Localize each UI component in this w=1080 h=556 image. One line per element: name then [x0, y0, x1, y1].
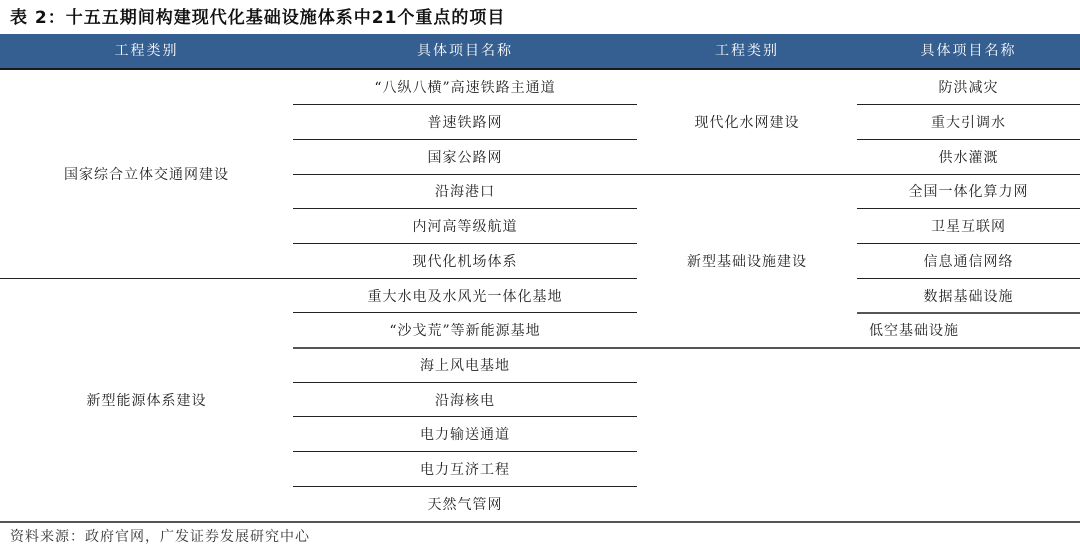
table-cell-item: 重大引调水: [857, 105, 1080, 140]
table-cell-item: 沿海核电: [293, 382, 637, 417]
category-energy: 新型能源体系建设: [0, 278, 293, 521]
table-cell-item: 供水灌溉: [857, 139, 1080, 174]
source-note: 资料来源：政府官网，广发证券发展研究中心: [10, 526, 310, 546]
category-water: 现代化水网建设: [637, 70, 857, 174]
category-transport: 国家综合立体交通网建设: [0, 70, 293, 278]
table-bottom-rule: [0, 521, 1080, 523]
row-divider: [293, 174, 637, 175]
row-divider: [293, 451, 637, 452]
row-divider: [857, 104, 1080, 105]
row-divider: [857, 139, 1080, 140]
table-cell-item: 国家公路网: [293, 139, 637, 174]
table-cell-item: 内河高等级航道: [293, 209, 637, 244]
table-cell-item: 电力互济工程: [293, 452, 637, 487]
table-cell-item: 海上风电基地: [293, 348, 637, 383]
row-divider: [857, 278, 1080, 279]
section-divider: [0, 278, 637, 279]
row-divider: [293, 139, 637, 140]
table-cell-item: 普速铁路网: [293, 105, 637, 140]
table-bottom-right: [637, 347, 1080, 349]
header-items-left: 具体项目名称: [293, 34, 637, 68]
row-divider: [293, 382, 637, 383]
row-divider: [293, 312, 637, 313]
header-items-right: 具体项目名称: [857, 34, 1080, 68]
table-cell-item: 现代化机场体系: [293, 244, 637, 279]
table-cell-item: 信息通信网络: [857, 244, 1080, 279]
category-new-infra: 新型基础设施建设: [637, 174, 857, 348]
table-header: 工程类别 具体项目名称 工程类别 具体项目名称: [0, 34, 1080, 70]
table-cell-item: 数据基础设施: [857, 278, 1080, 313]
row-divider: [857, 208, 1080, 209]
row-divider: [293, 243, 637, 244]
row-divider: [857, 312, 1080, 314]
header-category-left: 工程类别: [0, 34, 293, 68]
table-cell-item: 沿海港口: [293, 174, 637, 209]
table-cell-item: 天然气管网: [293, 486, 637, 521]
table-cell-item: 重大水电及水风光一体化基地: [293, 278, 637, 313]
table-cell-item: 全国一体化算力网: [857, 174, 1080, 209]
table-cell-item: 低空基础设施: [857, 313, 1080, 348]
section-divider: [637, 174, 1080, 175]
row-divider: [293, 104, 637, 105]
table-cell-item: 电力输送通道: [293, 417, 637, 452]
row-divider: [293, 416, 637, 417]
table-cell-item: 防洪减灾: [857, 70, 1080, 105]
table-title: 表 2：十五五期间构建现代化基础设施体系中21个重点的项目: [10, 5, 505, 31]
row-divider: [293, 347, 637, 349]
table-cell-item: “沙戈荒”等新能源基地: [293, 313, 637, 348]
row-divider: [293, 486, 637, 487]
table-cell-item: “八纵八横”高速铁路主通道: [293, 70, 637, 105]
row-divider: [293, 208, 637, 209]
row-divider: [857, 243, 1080, 244]
table-cell-item: 卫星互联网: [857, 209, 1080, 244]
header-category-right: 工程类别: [637, 34, 857, 68]
